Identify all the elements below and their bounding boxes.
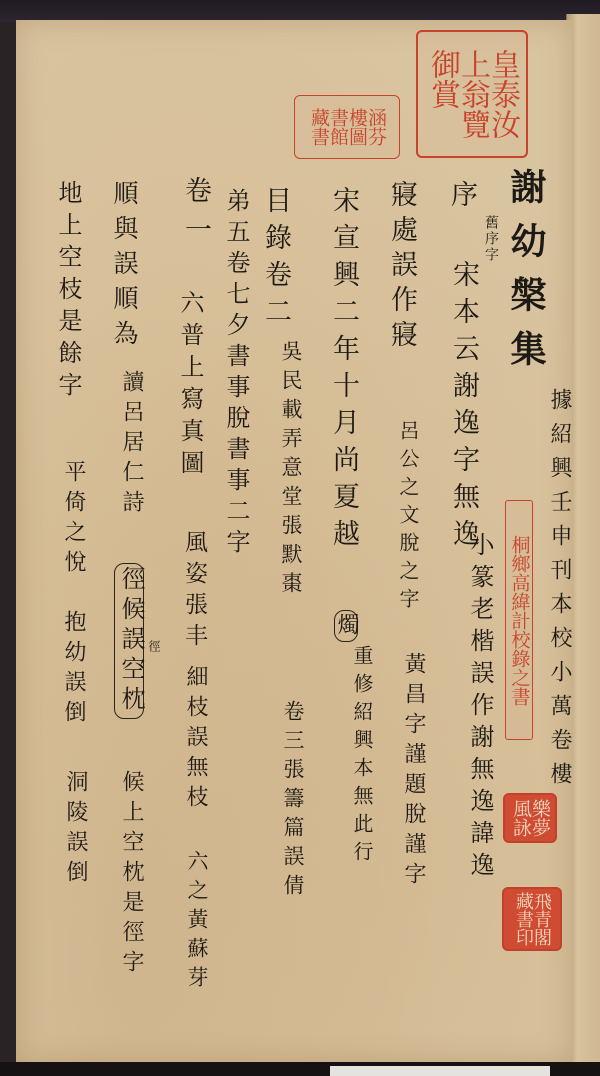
boxed-character: 燭 [334, 610, 358, 642]
column-4-note: 重修紹興本無此行 [352, 645, 372, 869]
seal-char: 錄 [510, 649, 529, 668]
boxed-correction: 徑候誤空枕 [114, 563, 144, 719]
seal-char: 樓 [347, 108, 366, 127]
column-9-text-4: 洞陵誤倒 [64, 770, 86, 890]
paper-slip [330, 1066, 550, 1076]
seal-char: 覽 [457, 109, 487, 139]
seal-char: 桐 [510, 535, 529, 554]
correction-mark: 徑 [146, 640, 163, 652]
colophon-column: 據紹興壬申刊本校小萬卷樓 [548, 388, 570, 796]
seal-library: 涵 芬 樓 圖 書 館 藏 書 [294, 95, 400, 159]
seal-char: 閣 [532, 928, 550, 946]
seal-char: 風 [511, 799, 530, 818]
column-5-note-2: 卷三張籌篇誤倩 [282, 700, 303, 903]
column-3-note: 呂公之文脫之字 [398, 420, 418, 616]
title-column: 謝幼槃集 [508, 168, 544, 384]
seal-imperial: 皇 泰 汝 上 翁 覽 御 賞 賞 [416, 30, 528, 158]
column-7-text-4: 六之黃蘇芽 [186, 850, 207, 995]
seal-char: 書 [309, 127, 328, 146]
top-background [0, 0, 600, 22]
seal-char: 皇 [487, 49, 517, 79]
seal-char: 書 [328, 108, 347, 127]
column-3-text: 寢處誤作寢 [388, 180, 415, 355]
column-2-text: 宋本云謝逸字無逸 [450, 260, 477, 556]
seal-char: 藏 [514, 892, 532, 910]
column-4-text: 宋宣興二年十月尚夏越 [330, 186, 357, 556]
seal-char: 賞 [427, 79, 457, 109]
seal-char: 藏 [309, 108, 328, 127]
column-7-text-2: 風姿張丰 [182, 530, 205, 654]
column-8-text-3: 候上空枕是徑字 [120, 770, 142, 980]
seal-char: 計 [510, 611, 529, 630]
seal-feiqingge: 飛 青 閣 藏 書 印 [502, 887, 562, 951]
seal-char: 緯 [510, 592, 529, 611]
seal-char: 上 [457, 49, 487, 79]
seal-char: 館 [328, 127, 347, 146]
preface-heading: 序 [448, 180, 475, 214]
column-7-text: 六普上寫真圖 [178, 290, 202, 482]
seal-char: 圖 [347, 127, 366, 146]
seal-char: 樂 [530, 799, 549, 818]
column-2-text-cont: 小篆老楷誤作謝無逸諱逸 [468, 532, 492, 884]
seal-char: 夢 [530, 818, 549, 837]
column-8-text: 順與誤順為 [112, 180, 137, 355]
column-3-note-2: 黃昌字謹題脫謹字 [402, 652, 424, 892]
seal-char: 御 [427, 49, 457, 79]
column-9-text-2: 平倚之悅 [62, 460, 84, 580]
column-9-text-3: 抱幼誤倒 [62, 610, 84, 730]
column-7-heading: 卷一 [182, 176, 209, 254]
seal-char: 翁 [457, 79, 487, 109]
seal-char: 飛 [532, 892, 550, 910]
seal-char: 鄉 [510, 554, 529, 573]
preface-annotation: 舊序字 [484, 215, 498, 263]
seal-small-square: 樂 夢 風 詠 [503, 793, 557, 843]
seal-char: 涵 [366, 108, 385, 127]
seal-char: 詠 [511, 818, 530, 837]
seal-char: 印 [514, 928, 532, 946]
seal-char: 芬 [366, 127, 385, 146]
seal-collator: 桐 鄉 高 緯 計 校 錄 之 書 [505, 500, 533, 740]
seal-char: 之 [510, 668, 529, 687]
seal-char: 高 [510, 573, 529, 592]
column-9-text: 地上空枝是餘字 [56, 180, 80, 404]
column-5-note: 吳民載弄意堂張默棗 [280, 340, 301, 601]
seal-char: 汝 [487, 109, 517, 139]
seal-char: 泰 [487, 79, 517, 109]
column-5-text: 目錄卷二 [262, 186, 289, 334]
seal-char: 校 [510, 630, 529, 649]
column-6-text: 弟五卷七夕書事脫書事二字 [224, 188, 248, 560]
seal-char: 青 [532, 910, 550, 928]
column-7-text-3: 細枝誤無枝 [184, 665, 206, 815]
column-8-text-2: 讀呂居仁詩 [120, 370, 142, 520]
seal-char: 書 [510, 687, 529, 706]
seal-char: 書 [514, 910, 532, 928]
